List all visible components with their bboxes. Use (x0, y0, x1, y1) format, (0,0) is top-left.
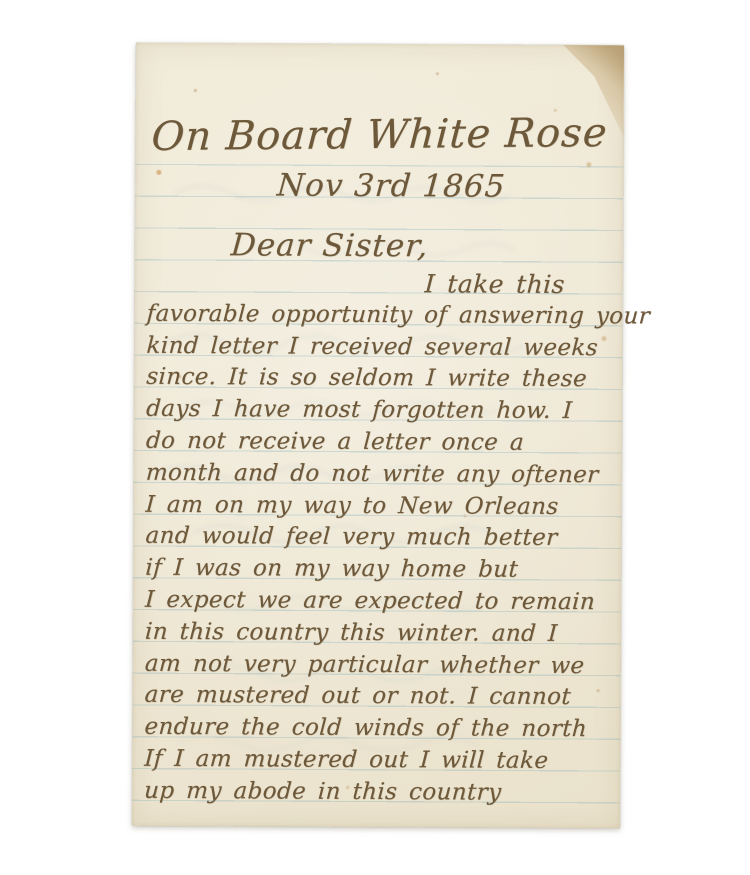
body-line: and would feel very much better (145, 521, 611, 555)
body-line: since. It is so seldom I write these (145, 362, 611, 396)
salutation: Dear Sister, (230, 227, 430, 264)
letter-body: I take this favorable opportunity of ans… (144, 267, 611, 810)
date-line: Nov 3rd 1865 (158, 167, 625, 205)
body-line: month and do not write any oftener (145, 458, 611, 492)
letter-paper: On Board White Rose Nov 3rd 1865 Dear Si… (132, 43, 624, 829)
place-line: On Board White Rose (134, 110, 625, 160)
body-line: up my abode in this country (143, 776, 609, 810)
body-line: are mustered out or not. I cannot (144, 680, 610, 714)
body-line: I am on my way to New Orleans (145, 489, 611, 523)
body-line: do not receive a letter once a (145, 426, 611, 460)
body-line: endure the cold winds of the north (144, 712, 610, 746)
letter-text: On Board White Rose Nov 3rd 1865 Dear Si… (132, 43, 624, 829)
body-line: in this country this winter. and I (144, 617, 610, 651)
body-line: If I am mustered out I will take (143, 744, 609, 778)
photo-background: On Board White Rose Nov 3rd 1865 Dear Si… (0, 0, 750, 875)
body-line: am not very particular whether we (144, 648, 610, 682)
body-line: kind letter I received several weeks (146, 330, 612, 364)
body-line: I expect we are expected to remain (144, 585, 610, 619)
body-line: I take this (146, 267, 612, 301)
body-line: if I was on my way home but (144, 553, 610, 587)
body-line: favorable opportunity of answering your (146, 299, 612, 333)
body-line: days I have most forgotten how. I (145, 394, 611, 428)
